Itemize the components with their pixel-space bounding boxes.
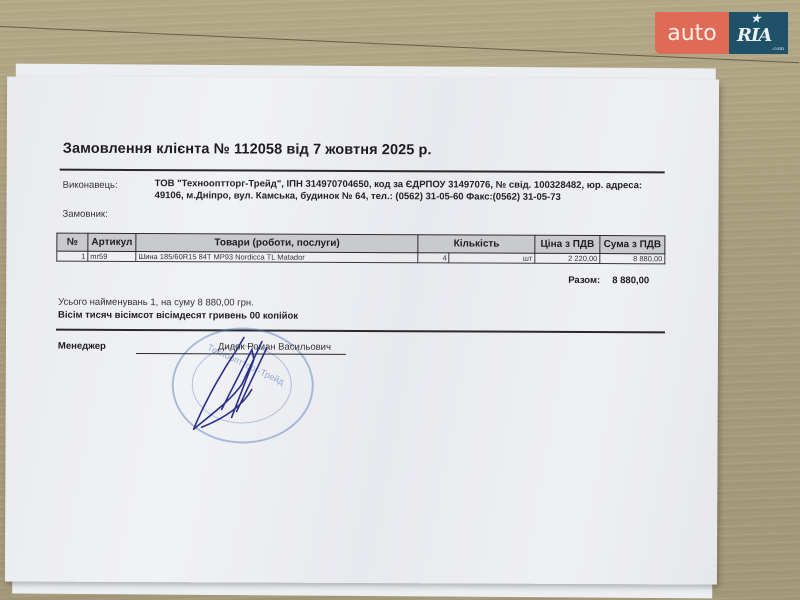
order-document: Замовлення клієнта № 112058 від 7 жовтня… <box>5 76 719 584</box>
autoria-watermark-logo: auto ★ RIA .com <box>655 12 788 54</box>
document-title: Замовлення клієнта № 112058 від 7 жовтня… <box>63 141 432 159</box>
customer-label: Замовник: <box>62 209 107 220</box>
items-table: № Артикул Товари (роботи, послуги) Кільк… <box>56 233 665 265</box>
table-row: 1 mr59 Шина 185/60R15 84T MP93 Nordicca … <box>57 251 665 264</box>
title-divider <box>60 169 665 174</box>
logo-com-text: .com <box>772 46 784 52</box>
header-price: Ціна з ПДВ <box>535 235 600 253</box>
executor-line-2: 49106, м.Дніпро, вул. Камська, будинок №… <box>155 190 561 204</box>
logo-ria: ★ RIA .com <box>729 12 788 54</box>
cell-item: Шина 185/60R15 84T MP93 Nordicca TL Mata… <box>136 252 418 263</box>
logo-auto: auto <box>655 12 729 54</box>
header-no: № <box>57 233 88 251</box>
summary-divider <box>56 329 665 334</box>
header-item: Товари (роботи, послуги) <box>136 234 418 253</box>
logo-ria-text: RIA <box>737 25 771 46</box>
cell-article: mr59 <box>88 251 136 261</box>
amount-in-words: Вісім тисяч вісімсот вісімдесят гривень … <box>58 310 298 322</box>
header-article: Артикул <box>88 233 136 251</box>
summary-line: Усього найменувань 1, на суму 8 880,00 г… <box>58 297 254 309</box>
cell-no: 1 <box>57 251 88 261</box>
manager-label: Менеджер <box>58 341 106 352</box>
cell-price: 2 220,00 <box>535 253 600 263</box>
header-quantity: Кількість <box>418 235 535 254</box>
cell-sum: 8 880,00 <box>600 254 665 264</box>
total-label: Разом: <box>568 275 600 286</box>
executor-label: Виконавець: <box>63 180 118 191</box>
total-value: 8 880,00 <box>612 275 649 286</box>
header-sum: Сума з ПДВ <box>600 236 665 254</box>
cell-unit: шт <box>449 253 535 263</box>
star-icon: ★ <box>751 12 761 25</box>
signature-icon <box>182 329 302 440</box>
cell-qty: 4 <box>418 253 449 263</box>
